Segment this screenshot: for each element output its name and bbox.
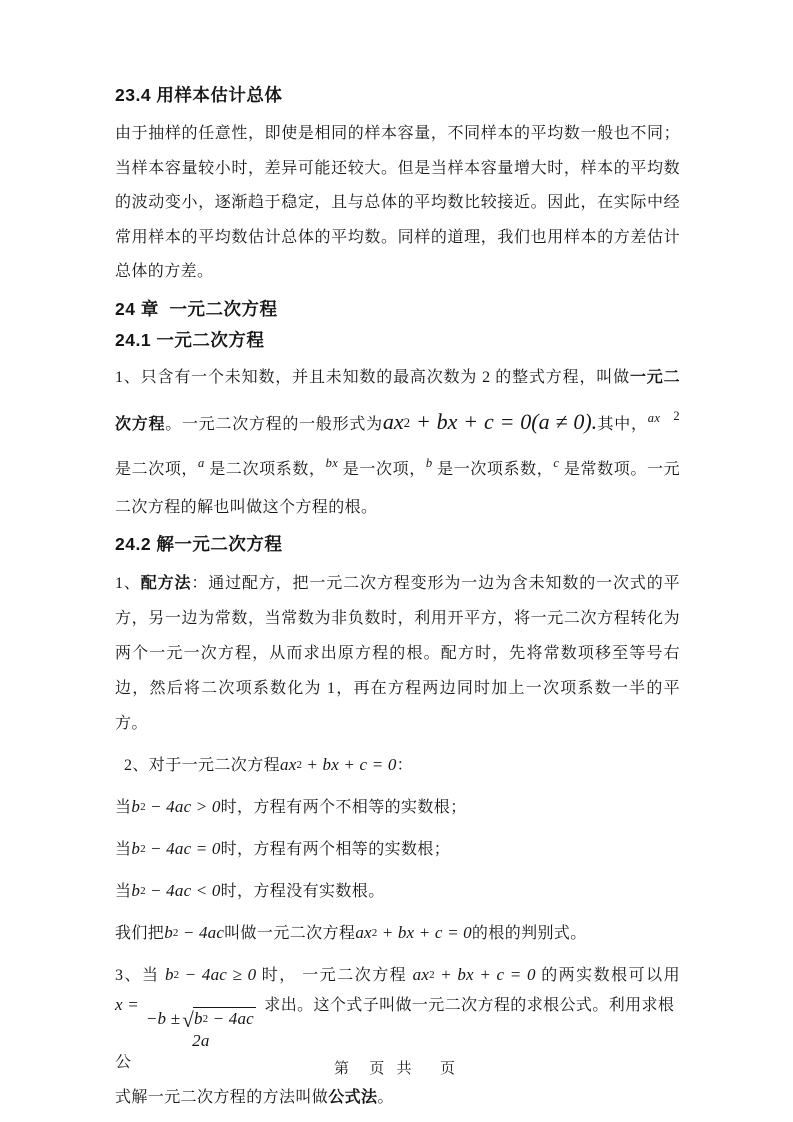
math-general-form: ax2 + bx + c = 0(a ≠ 0). <box>383 409 597 434</box>
math-discriminant: b2 − 4ac <box>164 923 224 942</box>
paragraph-discriminant-name: 我们把b2 − 4ac叫做一元二次方程ax2 + bx + c = 0的根的判别… <box>115 922 680 945</box>
math-run: + bx + c = 0 <box>435 965 536 984</box>
section-heading-24-2: 24.2 解一元二次方程 <box>115 531 680 557</box>
text-run: 时，方程有两个不相等的实数根； <box>221 799 467 816</box>
text-run: ： <box>397 757 413 774</box>
text-run: 3、当 <box>115 967 165 984</box>
math-run: − 4ac < 0 <box>146 881 221 900</box>
document-page: { "doc": { "s234": { "heading": "23.4 用样… <box>0 0 793 1122</box>
math-sup-2: 2 <box>673 409 680 423</box>
text-run: 。一元二次方程的一般形式为 <box>165 416 383 433</box>
text-run: 的两实数根可以用 <box>536 967 680 984</box>
math-run: ax <box>355 923 371 942</box>
fraction-denominator: 2a <box>192 1031 209 1051</box>
text-run: 我们把 <box>115 925 164 942</box>
section-heading-24-1: 24.1 一元二次方程 <box>115 327 680 353</box>
paragraph-item-2: 2、对于一元二次方程ax2 + bx + c = 0： <box>115 754 680 777</box>
text-run: 是二次项系数， <box>205 461 326 478</box>
math-run: ax <box>413 965 429 984</box>
math-run: −b ± <box>146 1008 180 1030</box>
text-run: 是一次项， <box>338 461 426 478</box>
math-run: b <box>194 1009 203 1028</box>
text-run: 1、只含有一个未知数，并且未知数的最高次数为 2 的整式方程，叫做 <box>115 369 630 386</box>
math-discriminant: b2 − 4ac = 0 <box>131 839 220 858</box>
paragraph-sample-estimation: 由于抽样的任意性，即使是相同的样本容量，不同样本的平均数一般也不同；当样本容量较… <box>115 117 680 290</box>
math-sup-b: b <box>426 456 433 470</box>
math-lhs: x = <box>115 995 139 1014</box>
page-footer: 第 页 共 页 <box>0 1057 793 1078</box>
text-run: 当 <box>115 799 131 816</box>
math-run: ax <box>383 409 404 434</box>
text-run: 叫做一元二次方程 <box>224 925 355 942</box>
math-run: ax <box>280 755 296 774</box>
math-run: − 4ac ≥ 0 <box>179 965 256 984</box>
math-fraction: −b ±√b2 − 4ac2a <box>146 1007 256 1051</box>
bold-term-peifangfa: 配方法 <box>141 575 192 592</box>
paragraph-discriminant-positive: 当b2 − 4ac > 0时，方程有两个不相等的实数根； <box>115 796 680 819</box>
text-run: 其中， <box>597 416 648 433</box>
text-run: 2、对于一元二次方程 <box>124 757 280 774</box>
paragraph-item-3: 3、当 b2 − 4ac ≥ 0 时， 一元二次方程 ax2 + bx + c … <box>115 964 680 987</box>
math-run: − 4ac > 0 <box>146 797 221 816</box>
math-sup-bx: bx <box>326 456 339 470</box>
math-equation: ax2 + bx + c = 0 <box>280 755 397 774</box>
math-run: b <box>131 797 140 816</box>
fraction-numerator: −b ±√b2 − 4ac <box>146 1007 256 1030</box>
text-run: 式解一元二次方程的方法叫做 <box>115 1089 328 1106</box>
math-discriminant: b2 − 4ac ≥ 0 <box>165 965 256 984</box>
text-run: 1、 <box>115 575 141 592</box>
text-run: 是一次项系数， <box>433 461 554 478</box>
section-heading-23-4: 23.4 用样本估计总体 <box>115 82 680 108</box>
text-run: 当 <box>115 883 131 900</box>
math-run: + bx + c = 0 <box>377 923 472 942</box>
document-body: 23.4 用样本估计总体 由于抽样的任意性，即使是相同的样本容量，不同样本的平均… <box>115 82 680 1122</box>
text-run: 时， 一元二次方程 <box>256 967 412 984</box>
math-sup-a: a <box>198 456 205 470</box>
math-run: b <box>131 839 140 858</box>
math-sup-ax: ax <box>648 411 661 425</box>
math-run: b <box>131 881 140 900</box>
text-run: 时，方程有两个相等的实数根； <box>221 841 451 858</box>
math-run: b <box>164 923 173 942</box>
paragraph-quadratic-definition: 1、只含有一个未知数，并且未知数的最高次数为 2 的整式方程，叫做一元二次方程。… <box>115 359 680 527</box>
math-run: + bx + c = 0 <box>302 755 397 774</box>
paragraph-completing-square: 1、配方法：通过配方，把一元二次方程变形为一边为含未知数的一次式的平方，另一边为… <box>115 566 680 741</box>
math-run: − 4ac <box>178 923 224 942</box>
text-run: 时，方程没有实数根。 <box>221 883 385 900</box>
text-run: 。 <box>377 1089 393 1106</box>
paragraph-formula-method: 式解一元二次方程的方法叫做公式法。 <box>115 1087 680 1109</box>
math-run: b <box>165 965 174 984</box>
bold-term-gongshifa: 公式法 <box>328 1089 377 1106</box>
paragraph-discriminant-negative: 当b2 − 4ac < 0时，方程没有实数根。 <box>115 880 680 903</box>
text-run: 的根的判别式。 <box>472 925 587 942</box>
math-equation: ax2 + bx + c = 0 <box>413 965 536 984</box>
math-equation: ax2 + bx + c = 0 <box>355 923 472 942</box>
math-run: + bx + c = 0(a ≠ 0). <box>410 409 597 434</box>
radicand: b2 − 4ac <box>193 1007 256 1030</box>
chapter-heading-24: 24 章 一元二次方程 <box>115 296 680 322</box>
math-discriminant: b2 − 4ac > 0 <box>131 797 220 816</box>
text-run: 是二次项， <box>115 461 198 478</box>
math-run: − 4ac = 0 <box>146 839 221 858</box>
text-run: ：通过配方，把一元二次方程变形为一边为含未知数的一次式的平方，另一边为常数，当常… <box>115 575 680 732</box>
math-run: − 4ac <box>208 1009 254 1028</box>
math-discriminant: b2 − 4ac < 0 <box>131 881 220 900</box>
text-run: 当 <box>115 841 131 858</box>
paragraph-discriminant-zero: 当b2 − 4ac = 0时，方程有两个相等的实数根； <box>115 838 680 861</box>
